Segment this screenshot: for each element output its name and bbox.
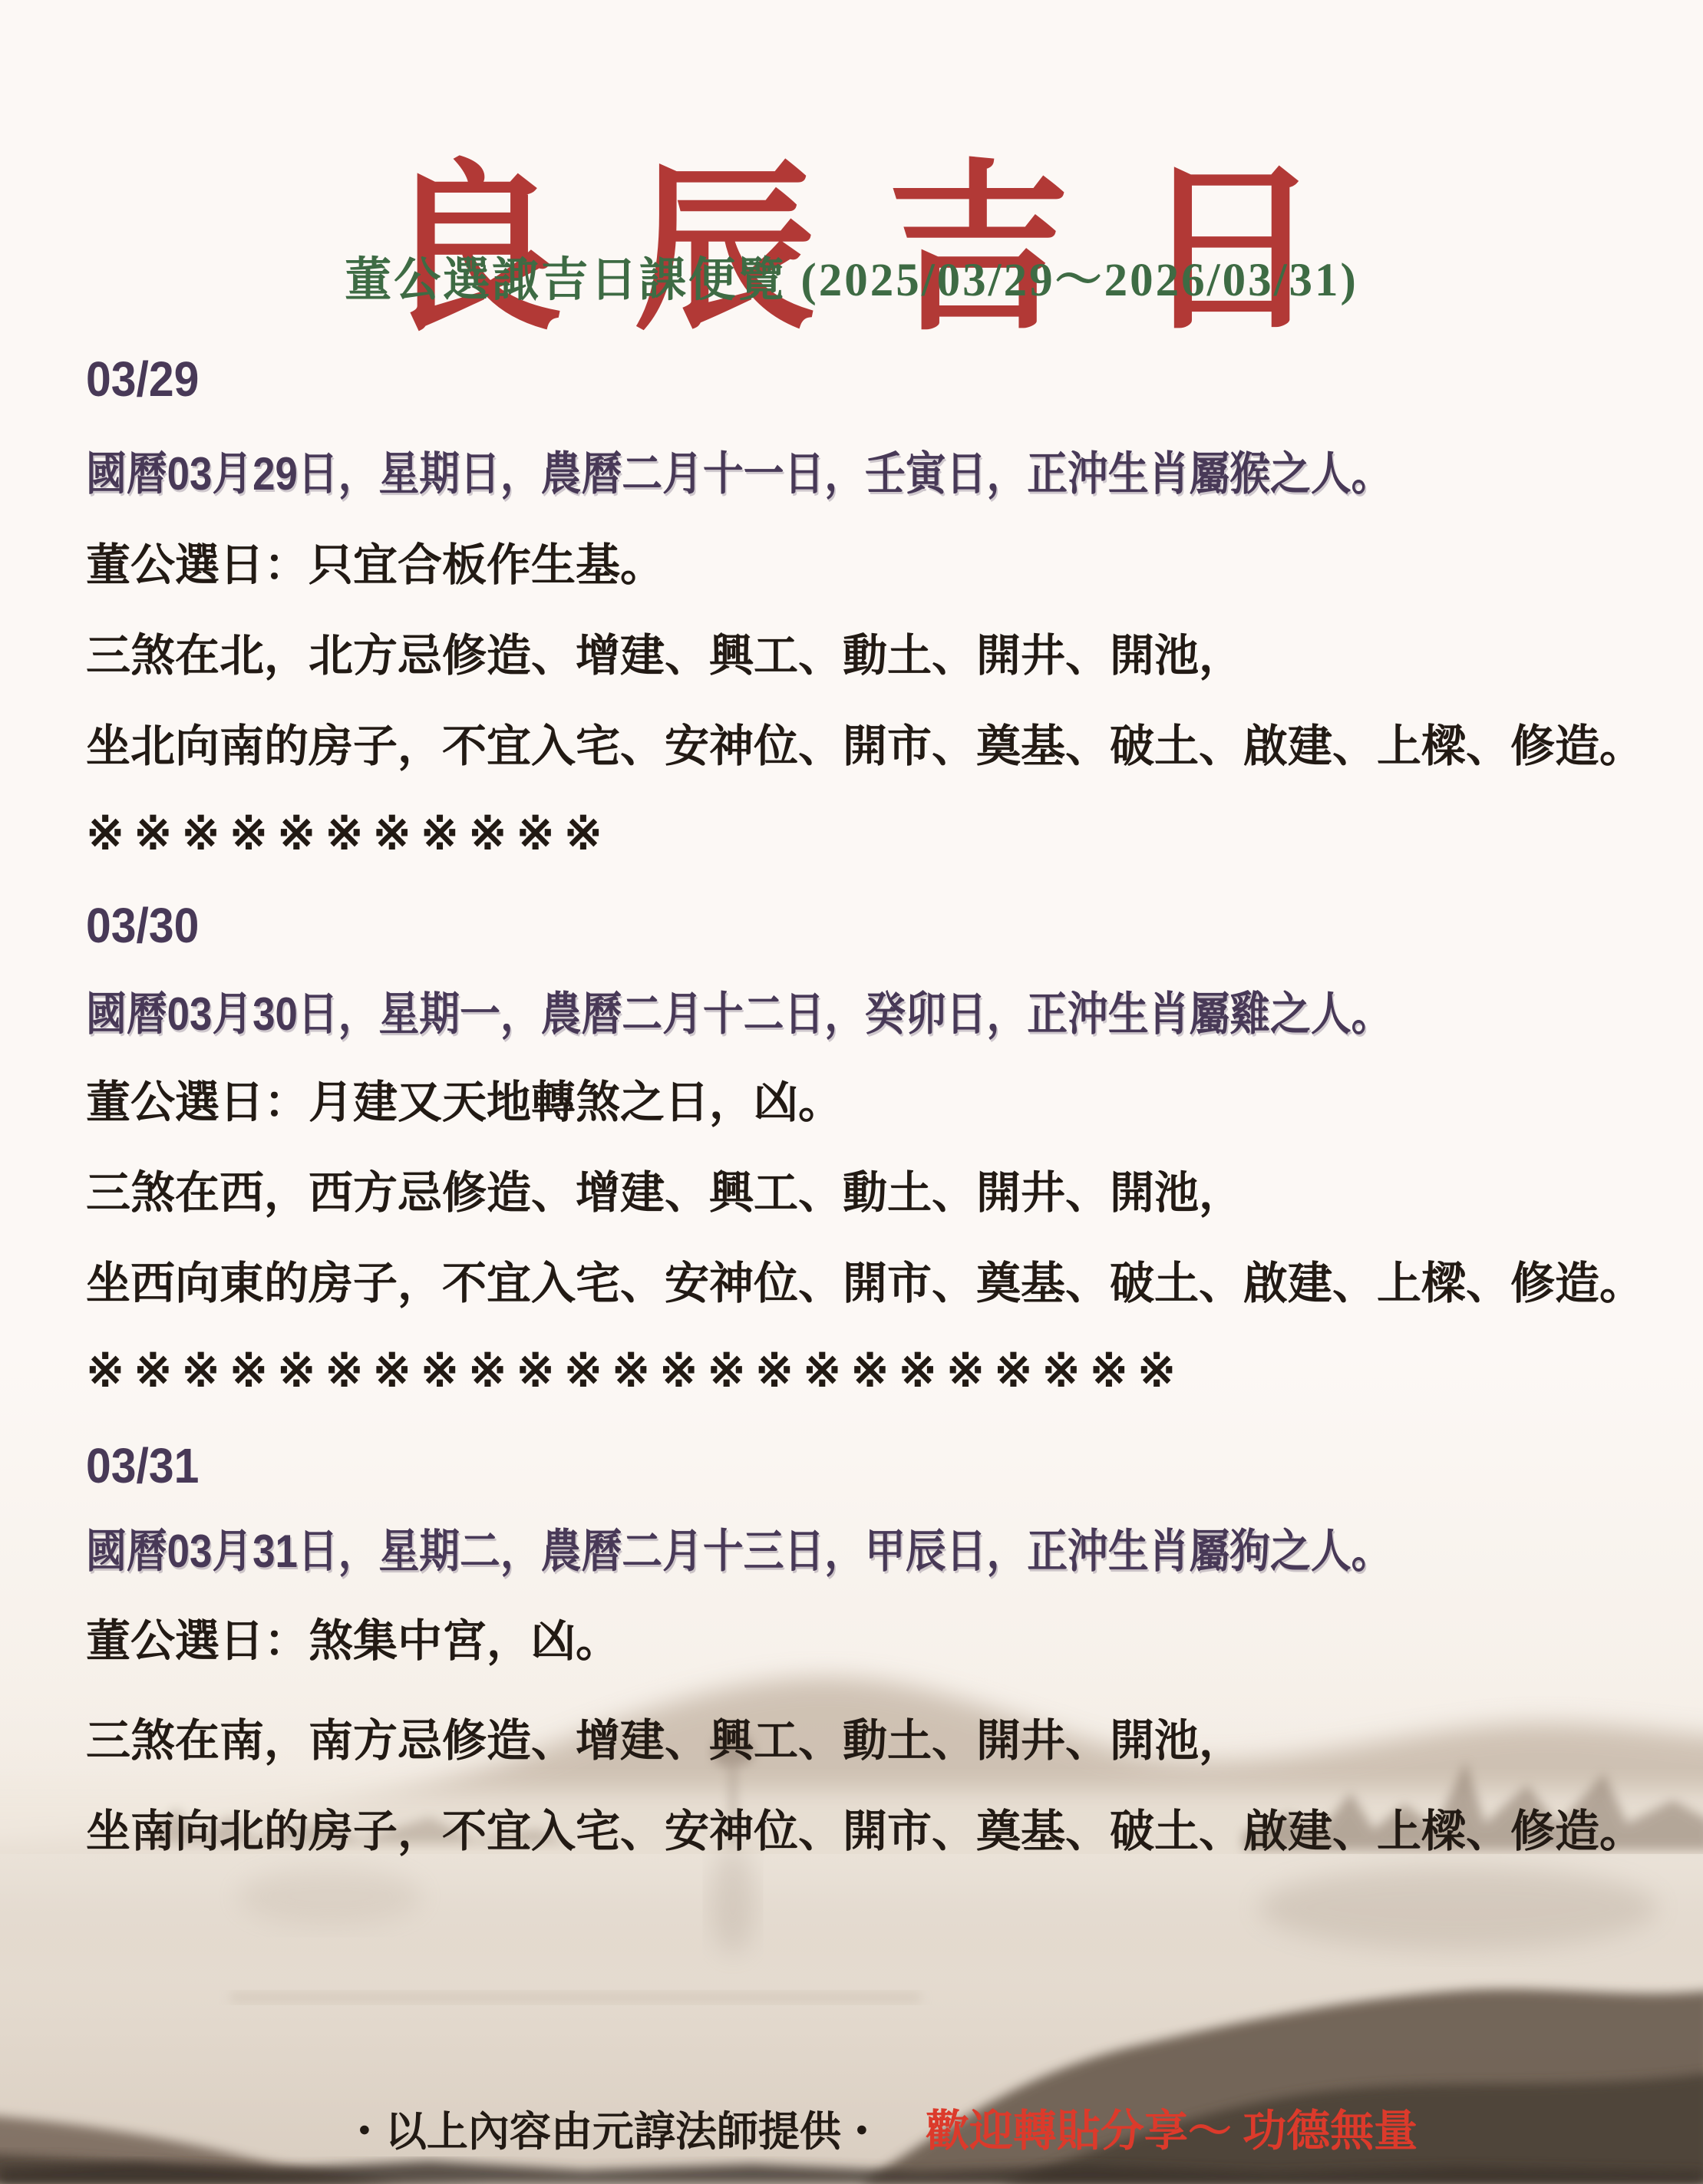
house-orientation-line: 坐西向東的房子，不宜入宅、安神位、開市、奠基、破土、啟建、上樑、修造。: [86, 1262, 1644, 1306]
separator-marks: ※※※※※※※※※※※: [86, 810, 612, 856]
footer: ・以上內容由元諄法師提供・ 歡迎轉貼分享～ 功德無量: [29, 2106, 1703, 2158]
donggong-advice-line: 董公選日：只宜合板作生基。: [86, 543, 665, 588]
date-heading: 03/31: [86, 1441, 199, 1490]
date-heading: 03/30: [86, 901, 199, 950]
house-orientation-line: 坐南向北的房子，不宜入宅、安神位、開市、奠基、破土、啟建、上樑、修造。: [86, 1810, 1644, 1854]
left-reflection: [238, 1867, 422, 1925]
calendar-info-line: 國曆03月30日，星期一，農曆二月十二日，癸卯日，正沖生肖屬雞之人。: [86, 991, 1391, 1038]
ink-wash-landscape: [0, 1631, 1703, 2184]
calendar-info-line: 國曆03月31日，星期二，農曆二月十三日，甲辰日，正沖生肖屬狗之人。: [86, 1529, 1391, 1575]
right-reflection: [1259, 1866, 1658, 1950]
sansha-warning-line: 三煞在南，南方忌修造、增建、興工、動土、開井、開池，: [86, 1719, 1243, 1763]
separator-marks: ※※※※※※※※※※※※※※※※※※※※※※※: [86, 1348, 1185, 1394]
footer-provider-credit: ・以上內容由元諄法師提供・: [344, 2107, 883, 2157]
sansha-warning-line: 三煞在北，北方忌修造、增建、興工、動土、開井、開池，: [86, 634, 1243, 678]
sansha-warning-line: 三煞在西，西方忌修造、增建、興工、動土、開井、開池，: [86, 1171, 1243, 1216]
footer-share-message: 歡迎轉貼分享～ 功德無量: [926, 2106, 1418, 2158]
poster-subtitle: 董公選諏吉日課便覽 (2025/03/29～2026/03/31): [0, 255, 1703, 306]
water-ripple: [230, 1992, 921, 2003]
poster-title: 良辰吉日: [0, 159, 1703, 341]
donggong-advice-line: 董公選日：煞集中宮，凶。: [86, 1619, 620, 1664]
auspicious-days-poster: 良辰吉日 董公選諏吉日課便覽 (2025/03/29～2026/03/31) 0…: [0, 0, 1703, 2184]
tree-reflection: [711, 1846, 754, 1954]
donggong-advice-line: 董公選日：月建又天地轉煞之日，凶。: [86, 1080, 843, 1125]
house-orientation-line: 坐北向南的房子，不宜入宅、安神位、開市、奠基、破土、啟建、上樑、修造。: [86, 724, 1644, 769]
calendar-info-line: 國曆03月29日，星期日，農曆二月十一日，壬寅日，正沖生肖屬猴之人。: [86, 451, 1391, 497]
date-heading: 03/29: [86, 355, 199, 404]
